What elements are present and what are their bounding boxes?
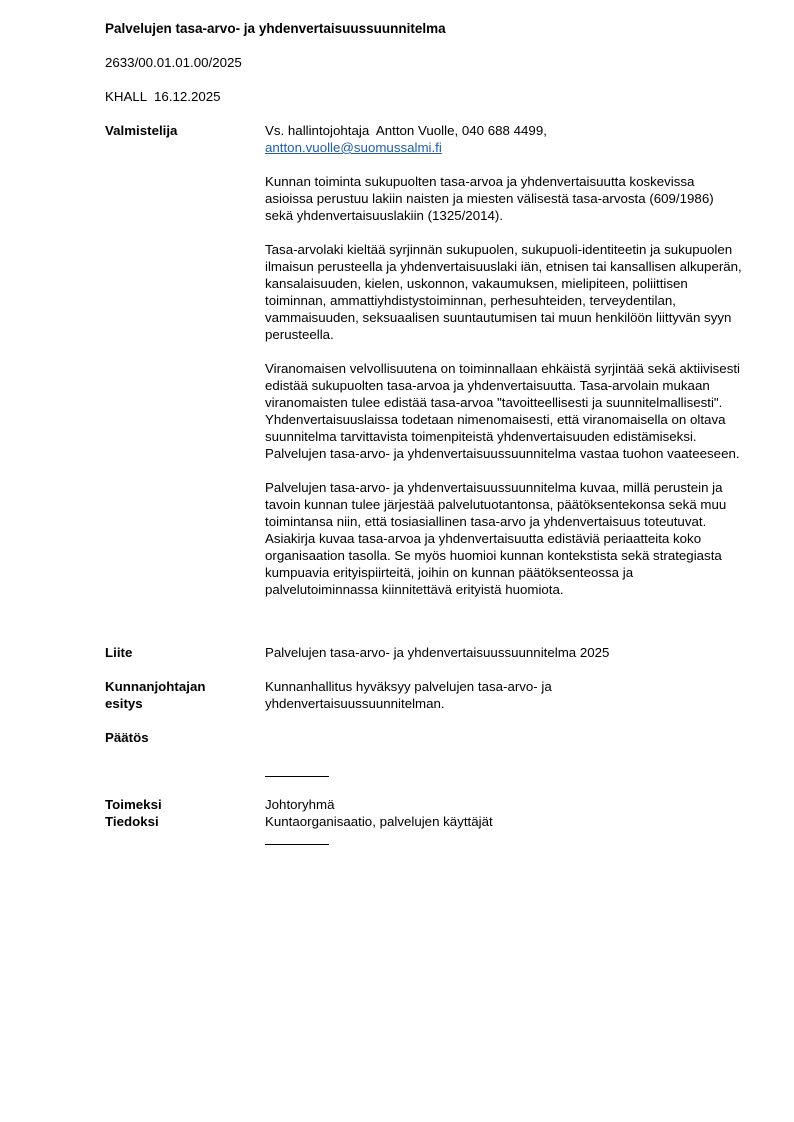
label-liite: Liite bbox=[105, 644, 260, 661]
document-title: Palvelujen tasa-arvo- ja yhdenvertaisuus… bbox=[105, 20, 446, 37]
paragraph-3: Viranomaisen velvollisuutena on toiminna… bbox=[265, 360, 745, 462]
document-page: Palvelujen tasa-arvo- ja yhdenvertaisuus… bbox=[0, 0, 794, 1122]
label-paatos: Päätös bbox=[105, 729, 260, 746]
attachment-name: Palvelujen tasa-arvo- ja yhdenvertaisuus… bbox=[265, 644, 745, 661]
toimeksi-value: Johtoryhmä bbox=[265, 796, 745, 813]
divider-line bbox=[265, 776, 329, 777]
proposal-text: Kunnanhallitus hyväksyy palvelujen tasa-… bbox=[265, 678, 595, 712]
preparer-email-link[interactable]: antton.vuolle@suomussalmi.fi bbox=[265, 140, 442, 155]
tiedoksi-value: Kuntaorganisaatio, palvelujen käyttäjät bbox=[265, 813, 745, 830]
paragraph-2: Tasa-arvolaki kieltää syrjinnän sukupuol… bbox=[265, 241, 745, 343]
label-valmistelija: Valmistelija bbox=[105, 122, 260, 139]
divider-line bbox=[265, 844, 329, 845]
label-tiedoksi: Tiedoksi bbox=[105, 813, 260, 830]
meeting-reference: KHALL 16.12.2025 bbox=[105, 88, 221, 105]
preparer-info: Vs. hallintojohtaja Antton Vuolle, 040 6… bbox=[265, 123, 547, 138]
label-esitys: Kunnanjohtajan esitys bbox=[105, 678, 260, 712]
paragraph-4: Palvelujen tasa-arvo- ja yhdenvertaisuus… bbox=[265, 479, 745, 598]
paragraph-1: Kunnan toiminta sukupuolten tasa-arvoa j… bbox=[265, 173, 745, 224]
label-toimeksi: Toimeksi bbox=[105, 796, 260, 813]
diary-number: 2633/00.01.01.00/2025 bbox=[105, 54, 242, 71]
content-valmistelija: Vs. hallintojohtaja Antton Vuolle, 040 6… bbox=[265, 122, 745, 598]
